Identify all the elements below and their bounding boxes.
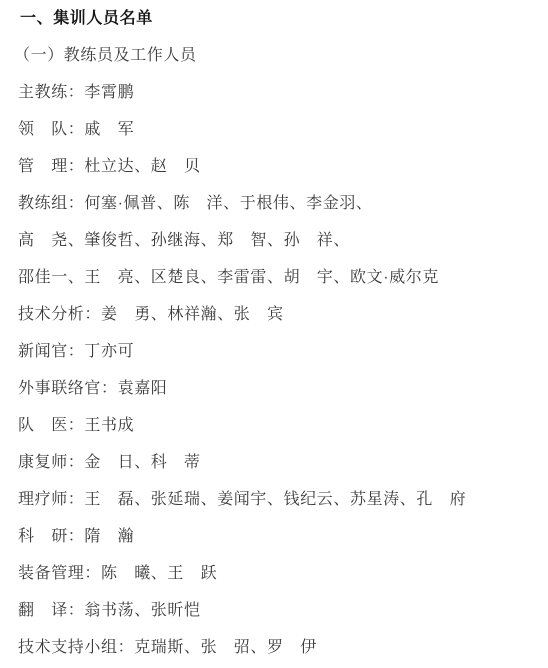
roster-line-coaching-staff-2: 高 尧、肇俊哲、孙继海、郑 智、孙 祥、 (0, 222, 548, 259)
roster-line-press-officer: 新闻官：丁亦可 (0, 333, 548, 370)
roster-line-science-research: 科 研：隋 瀚 (0, 518, 548, 555)
roster-line-head-coach: 主教练：李霄鹏 (0, 74, 548, 111)
section-title: 一、集训人员名单 (0, 0, 548, 37)
roster-line-team-doctor: 队 医：王书成 (0, 407, 548, 444)
roster-line-rehab-therapists: 康复师：金 日、科 蒂 (0, 444, 548, 481)
roster-line-translators: 翻 译：翁书荡、张昕恺 (0, 592, 548, 629)
roster-line-coaching-staff-1: 教练组：何塞·佩普、陈 洋、于根伟、李金羽、 (0, 185, 548, 222)
roster-line-foreign-affairs-liaison: 外事联络官：袁嘉阳 (0, 370, 548, 407)
roster-line-equipment-managers: 装备管理：陈 曦、王 跃 (0, 555, 548, 592)
roster-line-tech-support-group: 技术支持小组：克瑞斯、张 弨、罗 伊 (0, 629, 548, 666)
roster-line-physiotherapists: 理疗师：王 磊、张延瑞、姜闻宇、钱纪云、苏星涛、孔 府 (0, 481, 548, 518)
roster-document: 一、集训人员名单 （一）教练员及工作人员 主教练：李霄鹏 领 队：戚 军 管 理… (0, 0, 548, 666)
subsection-title: （一）教练员及工作人员 (0, 37, 548, 74)
roster-line-technical-analysts: 技术分析：姜 勇、林祥瀚、张 宾 (0, 296, 548, 333)
roster-line-team-leader: 领 队：戚 军 (0, 111, 548, 148)
roster-line-managers: 管 理：杜立达、赵 贝 (0, 148, 548, 185)
roster-line-coaching-staff-3: 邵佳一、王 亮、区楚良、李雷雷、胡 宇、欧文·威尔克 (0, 259, 548, 296)
